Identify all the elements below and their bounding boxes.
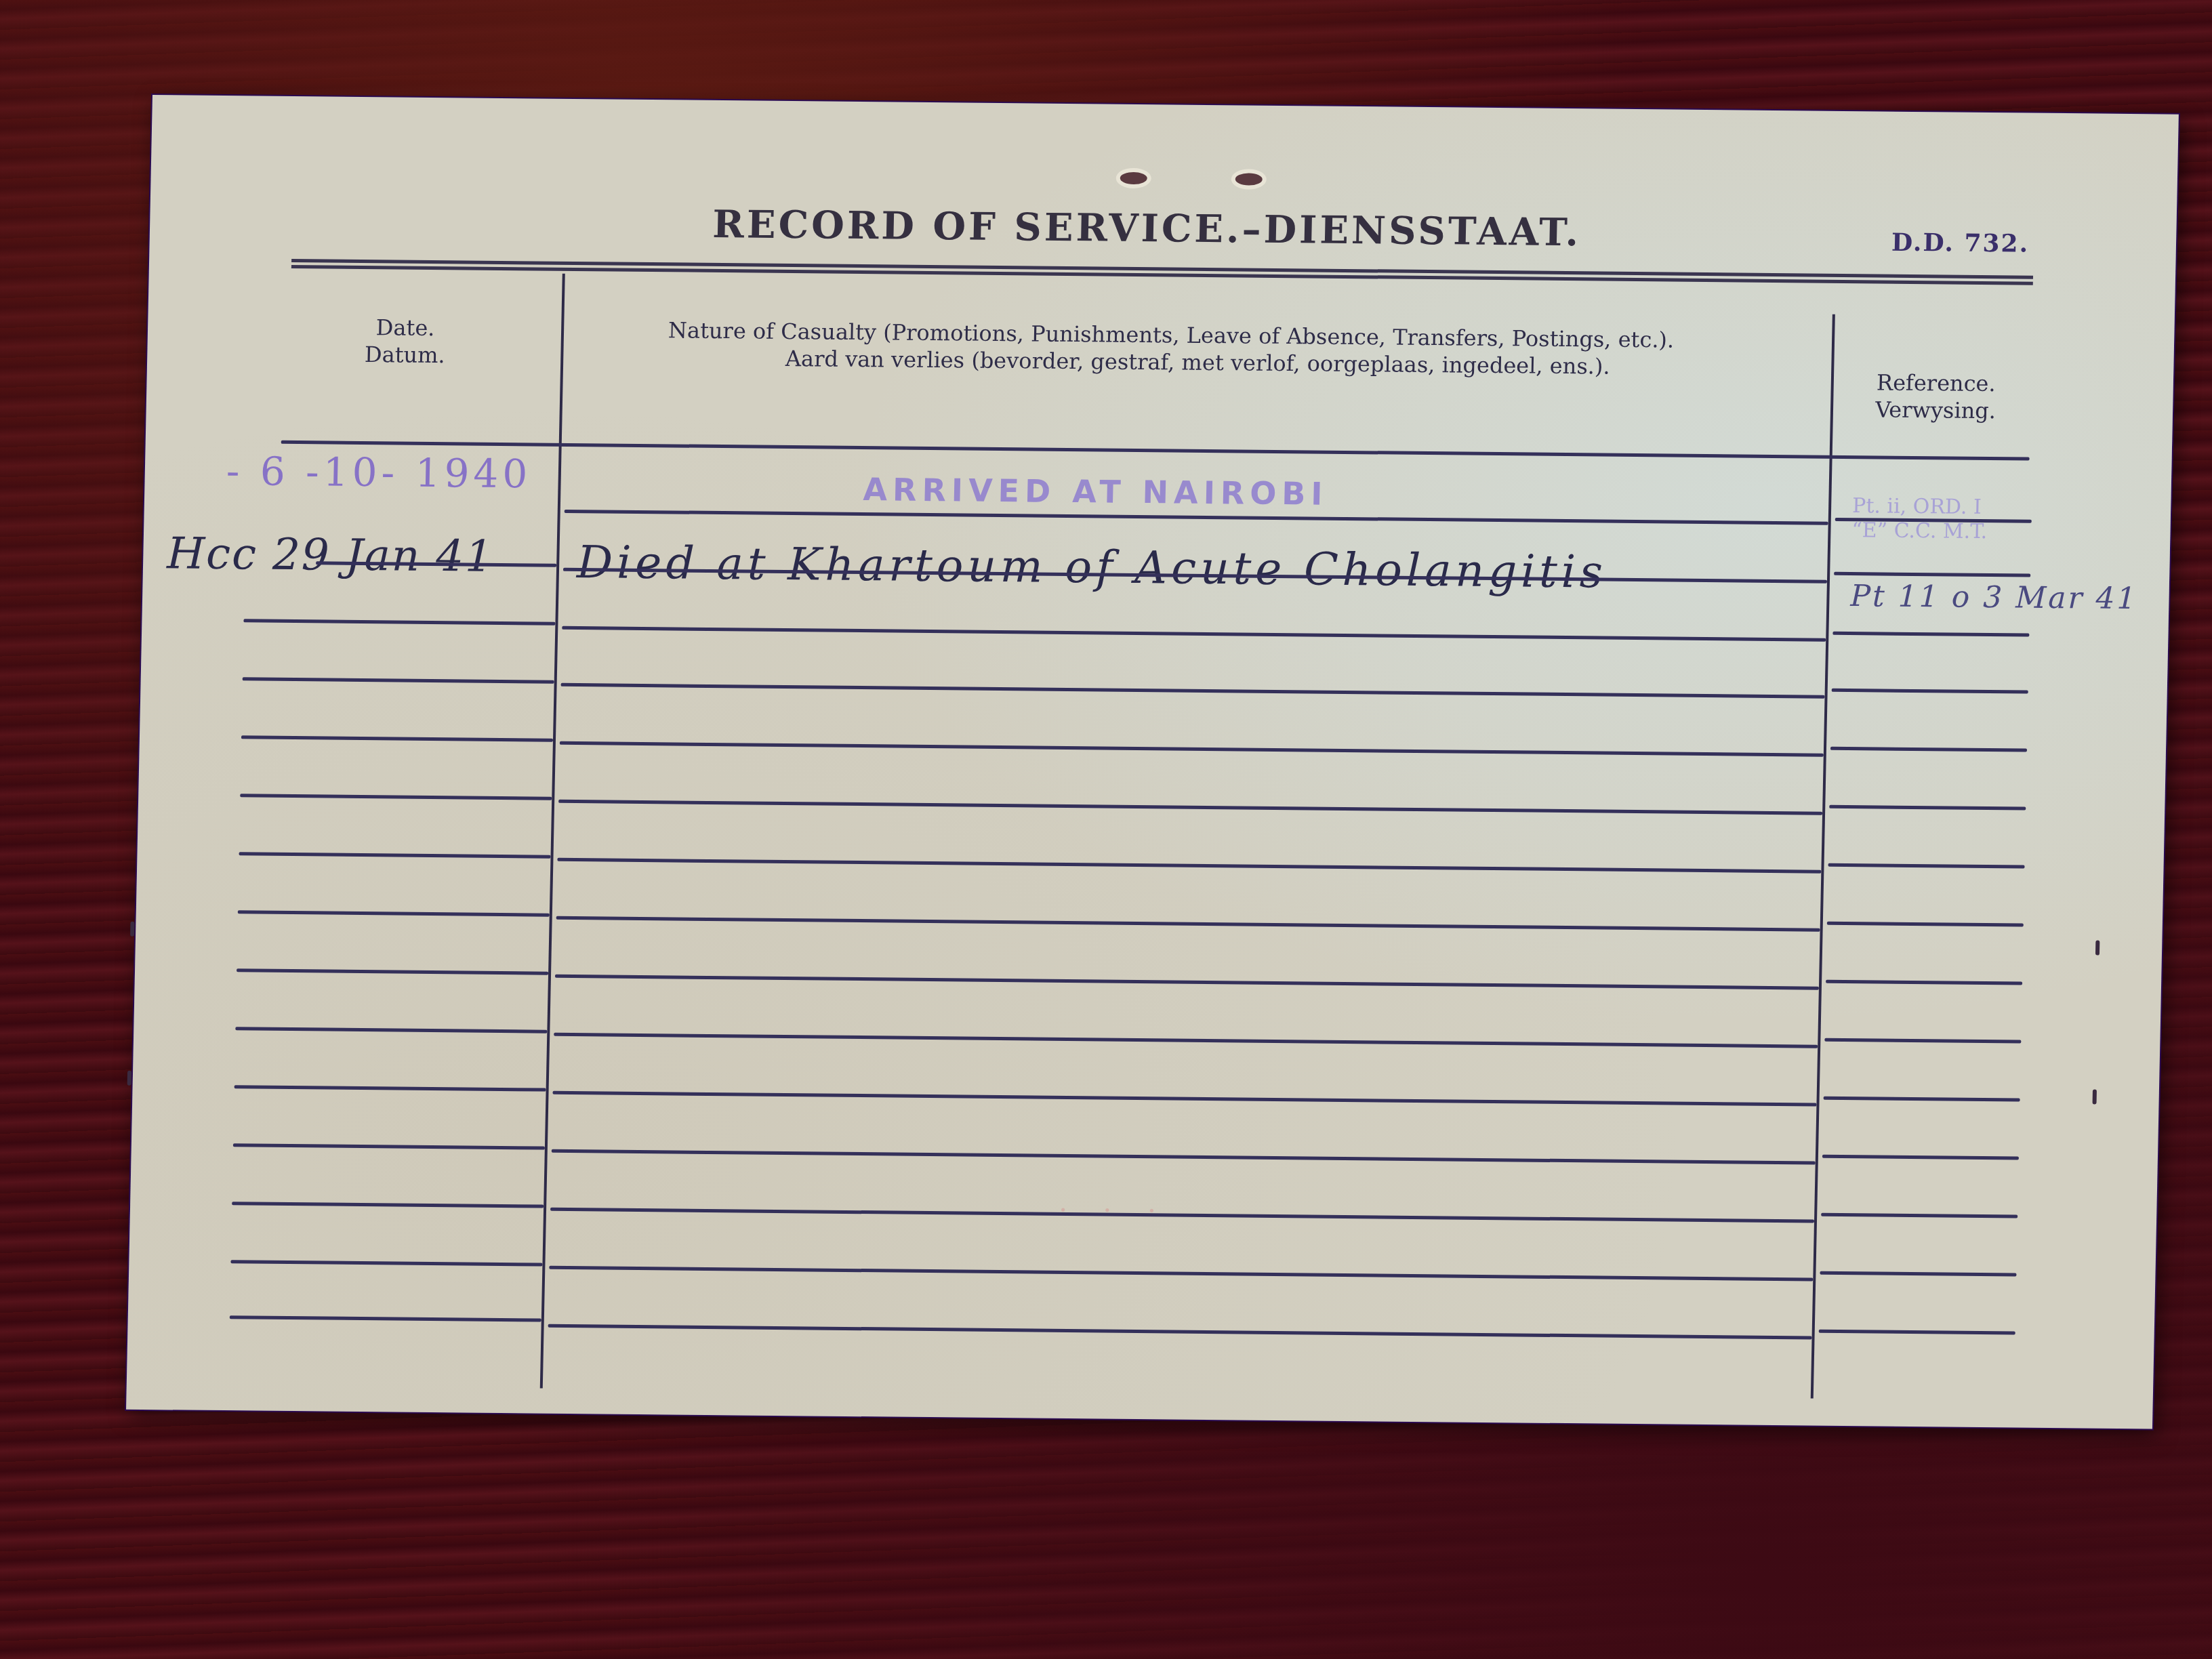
row-rule	[1822, 1155, 2019, 1160]
punch-hole	[1235, 173, 1263, 185]
header-date: Date. Datum.	[337, 314, 474, 369]
punch-hole	[1120, 172, 1147, 184]
row-rule	[241, 735, 553, 741]
row-rule	[1824, 1097, 2020, 1102]
row-rule	[243, 677, 554, 683]
row-rule	[1829, 805, 2026, 811]
row-rule	[556, 916, 1820, 932]
entry-1-reference-line1: Pt. ii, ORD. I	[1852, 494, 1988, 520]
column-divider-date-nature	[540, 274, 565, 1389]
row-rule	[232, 1202, 544, 1208]
header-reference-en: Reference.	[1841, 369, 2031, 398]
row-rule	[243, 619, 555, 625]
row-rule	[1826, 980, 2022, 985]
header-bottom-rule	[281, 441, 2030, 461]
header-reference: Reference. Verwysing.	[1841, 369, 2032, 425]
row-rule	[239, 852, 550, 858]
row-rule	[552, 1149, 1816, 1165]
pin-hole	[2093, 1090, 2097, 1105]
entry-1-date-stamp: - 6 -10- 1940	[226, 448, 532, 497]
pin-hole	[127, 1071, 131, 1086]
row-rule	[235, 1027, 547, 1033]
pin-hole	[2095, 941, 2100, 956]
row-rule	[555, 975, 1819, 990]
row-rule	[560, 741, 1824, 757]
entry-2-reference: Pt 11 o 3 Mar 41	[1850, 579, 2138, 616]
faint-red-mark: · · ·	[1059, 1195, 1170, 1227]
row-rule	[1834, 572, 2030, 577]
row-rule	[549, 1266, 1813, 1282]
row-rule	[552, 1091, 1816, 1107]
row-rule	[1821, 1213, 2018, 1218]
header-nature-of-casualty: Nature of Casualty (Promotions, Punishme…	[564, 316, 1778, 382]
row-rule	[1832, 689, 2028, 694]
entry-1-reference-line2: “E” C.C. M.T.	[1851, 518, 1988, 544]
row-rule	[240, 794, 552, 800]
row-rule	[237, 968, 548, 975]
row-rule	[558, 800, 1822, 815]
column-divider-nature-reference	[1811, 314, 1835, 1399]
form-title: RECORD OF SERVICE.–DIENSSTAAT.	[712, 202, 1582, 255]
row-rule	[230, 1315, 541, 1322]
entry-1-nature-stamp: ARRIVED AT NAIROBI	[863, 471, 1328, 512]
header-date-af: Datum.	[337, 341, 473, 369]
pin-hole	[130, 922, 134, 937]
header-date-en: Date.	[337, 314, 474, 342]
entry-2-nature: Died at Khartoum of Acute Cholangitis	[576, 536, 1607, 598]
header-reference-af: Verwysing.	[1841, 396, 2031, 425]
row-rule	[1819, 1330, 2015, 1335]
row-rule	[238, 910, 550, 916]
row-rule	[561, 683, 1825, 699]
row-rule	[230, 1260, 542, 1266]
row-rule	[1827, 922, 2024, 927]
row-rule	[565, 510, 1828, 525]
row-rule	[554, 1033, 1818, 1048]
row-rule	[562, 626, 1826, 642]
entry-2-date: Hcc 29 Jan 41	[167, 529, 495, 582]
row-rule	[1824, 1038, 2021, 1044]
row-rule	[1820, 1271, 2016, 1277]
row-rule	[233, 1143, 545, 1149]
row-rule	[550, 1208, 1814, 1223]
row-rule	[1830, 747, 2027, 752]
row-rule	[1828, 863, 2025, 869]
form-number: D.D. 732.	[1891, 228, 2030, 258]
title-double-rule	[291, 259, 2033, 285]
blank-rows	[152, 95, 2179, 115]
row-rule	[1832, 632, 2029, 637]
row-rule	[234, 1085, 546, 1091]
row-rule	[548, 1324, 1812, 1340]
row-rule	[557, 858, 1821, 874]
record-of-service-card: RECORD OF SERVICE.–DIENSSTAAT. D.D. 732.…	[126, 95, 2179, 1429]
